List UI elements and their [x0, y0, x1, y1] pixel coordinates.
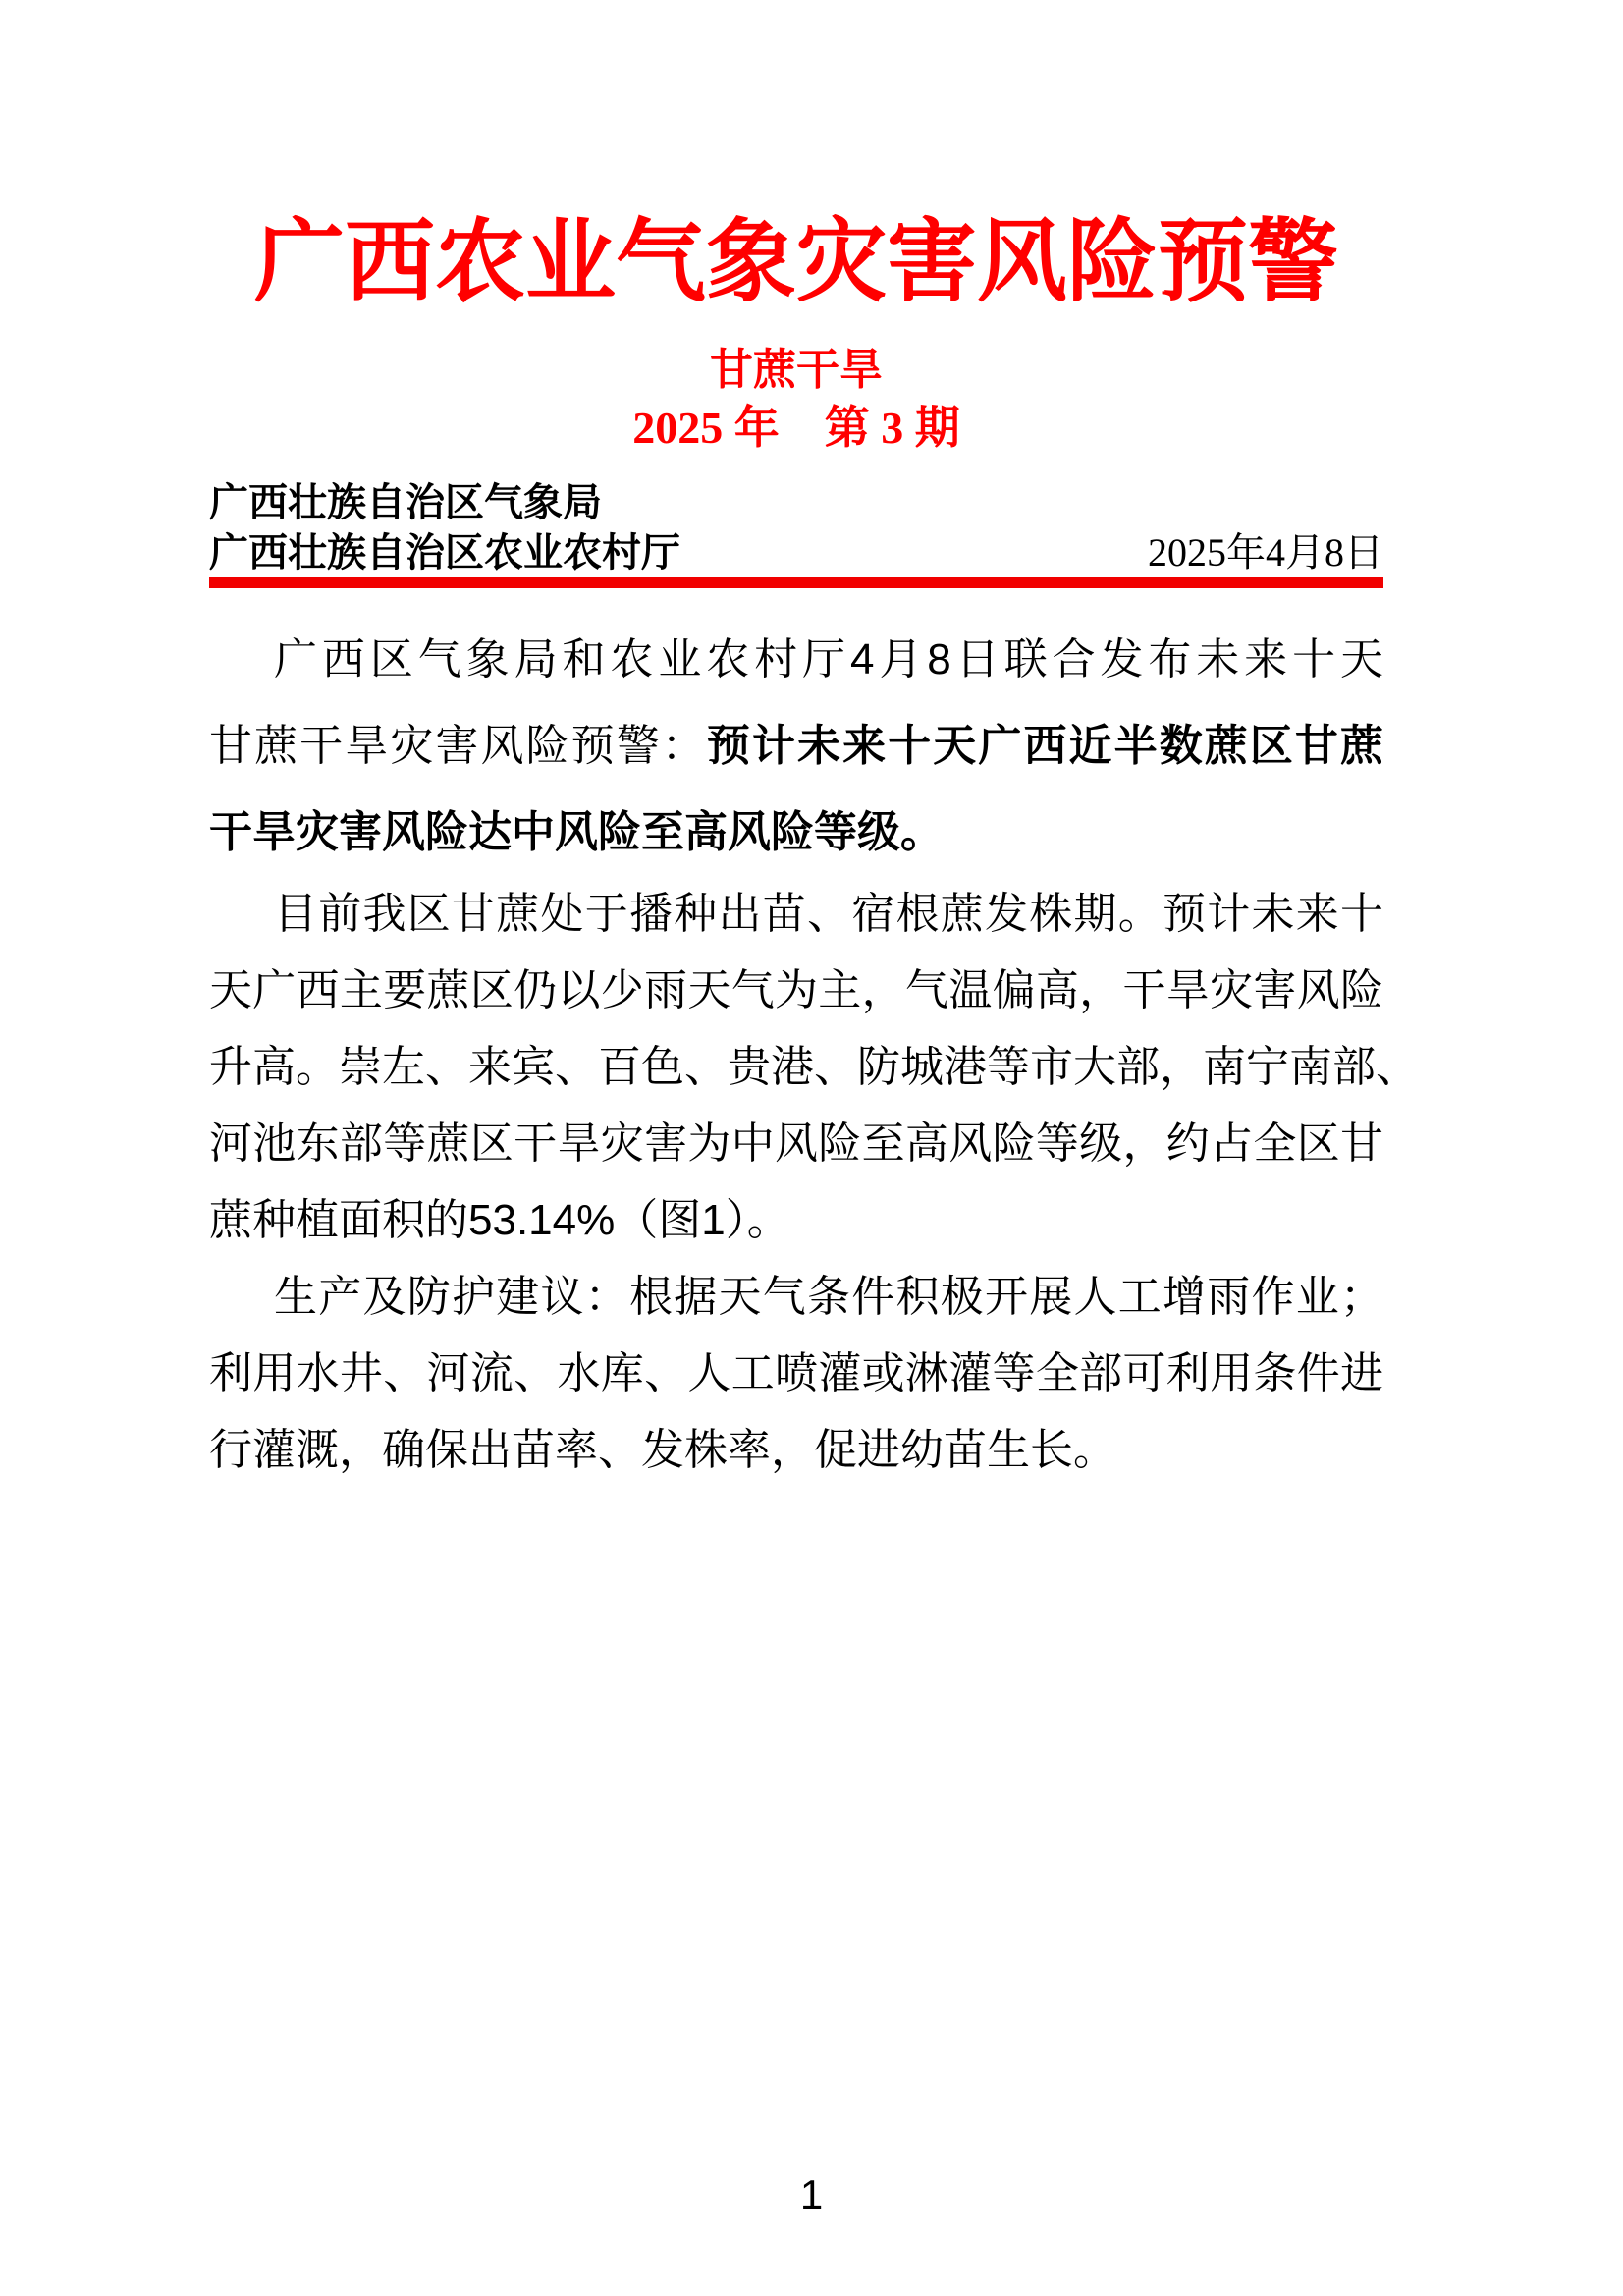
agency-line-meteorological-bureau: 广西壮族自治区气象局	[209, 477, 1383, 527]
text-segment: 广西区气象局和农业农村厅4月8日联合发布未来十天	[274, 635, 1383, 683]
body-line: 蔗种植面积的53.14%（图1）。	[209, 1182, 1383, 1259]
issue-date: 2025年4月8日	[1148, 527, 1383, 577]
document-page: 广西农业气象灾害风险预警 甘蔗干旱 2025 年 第 3 期 广西壮族自治区气象…	[0, 0, 1623, 2296]
body-line: 利用水井、河流、水库、人工喷灌或淋灌等全部可利用条件进	[209, 1336, 1383, 1412]
emphasis-text-segment: 干旱灾害风险达中风险至高风险等级。	[209, 808, 944, 856]
body-line: 广西区气象局和农业农村厅4月8日联合发布未来十天	[209, 617, 1383, 703]
red-divider-rule	[209, 577, 1383, 588]
text-segment: 甘蔗干旱灾害风险预警：	[209, 722, 707, 770]
text-segment: 行灌溉，确保出苗率、发株率，促进幼苗生长。	[209, 1426, 1116, 1474]
body-line: 河池东部等蔗区干旱灾害为中风险至高风险等级，约占全区甘	[209, 1106, 1383, 1182]
issuing-agencies: 广西壮族自治区气象局 广西壮族自治区农业农村厅 2025年4月8日	[209, 477, 1383, 577]
body: 广西区气象局和农业农村厅4月8日联合发布未来十天甘蔗干旱灾害风险预警：预计未来十…	[209, 617, 1383, 1489]
text-segment: 河池东部等蔗区干旱灾害为中风险至高风险等级，约占全区甘	[209, 1120, 1383, 1168]
emphasis-text-segment: 预计未来十天广西近半数蔗区甘蔗	[707, 722, 1383, 770]
body-line: 天广西主要蔗区仍以少雨天气为主，气温偏高，干旱灾害风险	[209, 953, 1383, 1029]
paragraph: 生产及防护建议：根据天气条件积极开展人工增雨作业；利用水井、河流、水库、人工喷灌…	[209, 1259, 1383, 1489]
page-number: 1	[0, 2172, 1623, 2217]
body-line: 生产及防护建议：根据天气条件积极开展人工增雨作业；	[209, 1259, 1383, 1336]
body-line: 甘蔗干旱灾害风险预警：预计未来十天广西近半数蔗区甘蔗	[209, 703, 1383, 790]
text-segment: 升高。崇左、来宾、百色、贵港、防城港等市大部，南宁南部、	[209, 1043, 1419, 1091]
text-segment: 目前我区甘蔗处于播种出苗、宿根蔗发株期。预计未来十	[274, 890, 1383, 938]
document-subtitle: 甘蔗干旱	[209, 342, 1383, 399]
document-content: 广西农业气象灾害风险预警 甘蔗干旱 2025 年 第 3 期 广西壮族自治区气象…	[209, 0, 1383, 1489]
text-segment: 利用水井、河流、水库、人工喷灌或淋灌等全部可利用条件进	[209, 1349, 1383, 1397]
body-line: 升高。崇左、来宾、百色、贵港、防城港等市大部，南宁南部、	[209, 1029, 1383, 1106]
issue-number-line: 2025 年 第 3 期	[209, 399, 1383, 458]
text-segment: 蔗种植面积的53.14%（图1）。	[209, 1196, 790, 1244]
text-segment: 生产及防护建议：根据天气条件积极开展人工增雨作业；	[274, 1273, 1383, 1321]
body-line: 干旱灾害风险达中风险至高风险等级。	[209, 790, 1383, 876]
body-line: 目前我区甘蔗处于播种出苗、宿根蔗发株期。预计未来十	[209, 876, 1383, 953]
document-title: 广西农业气象灾害风险预警	[209, 208, 1383, 316]
text-segment: 天广西主要蔗区仍以少雨天气为主，气温偏高，干旱灾害风险	[209, 966, 1383, 1014]
paragraph: 广西区气象局和农业农村厅4月8日联合发布未来十天甘蔗干旱灾害风险预警：预计未来十…	[209, 617, 1383, 876]
paragraph: 目前我区甘蔗处于播种出苗、宿根蔗发株期。预计未来十天广西主要蔗区仍以少雨天气为主…	[209, 876, 1383, 1259]
body-line: 行灌溉，确保出苗率、发株率，促进幼苗生长。	[209, 1412, 1383, 1489]
